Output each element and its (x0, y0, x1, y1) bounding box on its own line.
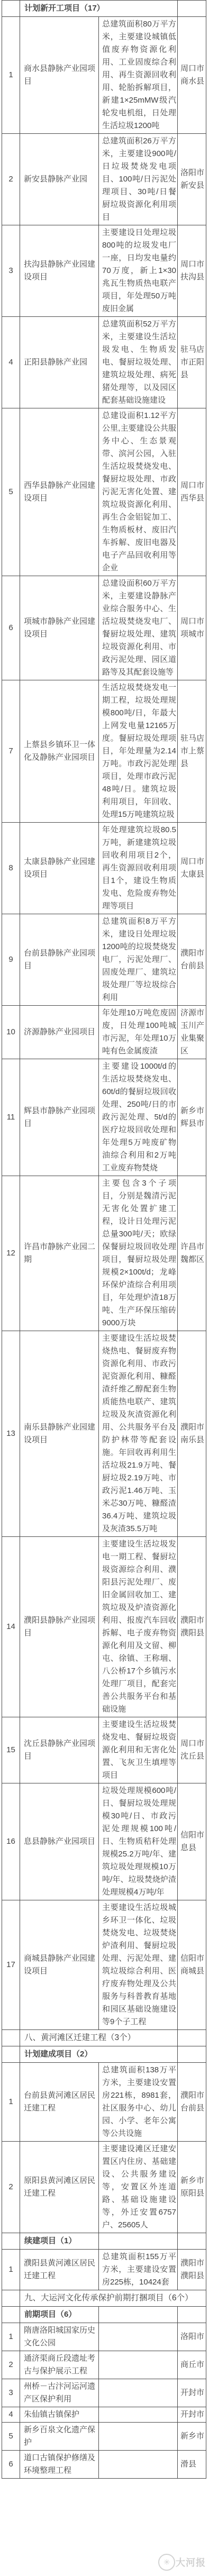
table-row: 17 商城县静脉产业园建设项目 主要建设生活垃圾城乡环卫一体化、垃圾焚烧发电、垃… (2, 1900, 206, 2030)
project-description: 总建筑面积80万平方米，主要建设城镇低值废弃物资源化利用、工业固废综合利用、再生… (99, 17, 178, 134)
project-name: 商城县静脉产业园建设项目 (20, 1900, 99, 2030)
project-description: 主要包含3个子项目，分别是魏清污泥无害化处置扩建工程，设计日处理污泥总量300吨… (99, 1176, 178, 1331)
row-number: 1 (2, 2250, 20, 2290)
row-number: 9 (2, 914, 20, 1006)
project-description (99, 2351, 178, 2379)
project-location: 驻马店市正阳县 (178, 317, 206, 408)
section-empty-number (2, 2307, 20, 2323)
section-row: 前期项目（6） (2, 2307, 206, 2323)
project-name: 原阳县黄河滩区居民迁建工程 (20, 2142, 99, 2233)
row-number: 2 (2, 2351, 20, 2379)
project-name: 隋唐洛阳城国家历史文化公园 (20, 2323, 99, 2351)
row-number: 10 (2, 1006, 20, 1059)
row-number: 3 (2, 225, 20, 317)
project-description: 年处理10万吨危废固废，日处理100吨城市污泥，年处理10万吨有色金属废渣 (99, 1006, 178, 1059)
project-description: 总建筑面积155万平方米，主要建设安置房225栋，10424套 (99, 2250, 178, 2290)
project-location: 信阳市商城县 (178, 1900, 206, 2030)
table-row: 1 台前县黄河滩区居民迁建工程 总建筑面积138万平方米，主要建设安置房221栋… (2, 2063, 206, 2142)
project-description (99, 2323, 178, 2351)
table-row: 10 济源静脉产业园项目 年处理10万吨危废固废，日处理100吨城市污泥，年处理… (2, 1006, 206, 1059)
table-row: 8 太康县静脉产业园建设项目 年处理建筑垃圾80.5万吨，新建建筑垃圾回收利用项… (2, 823, 206, 914)
stamp-icon: ✳ (158, 2554, 175, 2571)
project-location: 濮阳市台前县 (178, 914, 206, 1006)
table-row: 16 息县静脉产业园项目 垃圾处理规模600吨/日、餐厨垃圾处理规模30吨/日、… (2, 1783, 206, 1900)
row-number: 6 (2, 576, 20, 680)
project-description: 总建筑面积8万平方米，建设日处理垃圾1200吨的垃圾焚烧发电厂，污泥处理厂、固废… (99, 914, 178, 1006)
section-empty-description (99, 2307, 178, 2323)
table-row: 1 隋唐洛阳城国家历史文化公园 洛阳市 (2, 2323, 206, 2351)
row-number: 7 (2, 680, 20, 823)
row-number: 15 (2, 1717, 20, 1783)
row-number: 5 (2, 408, 20, 576)
project-name: 南乐县静脉产业园建设项目 (20, 1331, 99, 1537)
project-location: 滑县 (178, 2451, 206, 2479)
project-location: 濮阳市台前县 (178, 2063, 206, 2142)
row-number: 1 (2, 2323, 20, 2351)
project-location: 周口市项城市 (178, 576, 206, 680)
row-number: 12 (2, 1176, 20, 1331)
project-name: 许昌市静脉产业园二期 (20, 1176, 99, 1331)
project-name: 濮阳县静脉产业园项目 (20, 1537, 99, 1717)
section-row: 九、大运河文化传承保护前期打捆项目（6个） (2, 2290, 206, 2307)
row-number: 6 (2, 2451, 20, 2479)
section-empty-location (178, 2233, 206, 2250)
project-location: 新乡市辉县市 (178, 1059, 206, 1176)
row-number: 2 (2, 2142, 20, 2233)
row-number: 11 (2, 1059, 20, 1176)
table-row: 5 新乡百泉文化遗产保护 新乡市 (2, 2423, 206, 2451)
table-row: 12 许昌市静脉产业园二期 主要包含3个子项目，分别是魏清污泥无害化处置扩建工程… (2, 1176, 206, 1331)
table-row: 2 通济渠商丘段遗址考古与保护展示工程 商丘市 (2, 2351, 206, 2379)
table-row: 2 原阳县黄河滩区居民迁建工程 主要建设滩区迁建安置区内住房、基础建设、公共服务… (2, 2142, 206, 2233)
project-name: 正阳县静脉产业园 (20, 317, 99, 408)
section-empty-number (2, 2233, 20, 2250)
table-row: 3 扶沟县静脉产业园建设项目 主要建设日处理垃圾800吨的垃圾发电厂一座，日均发… (2, 225, 206, 317)
project-description: 年处理建筑垃圾80.5万吨，新建建筑垃圾回收利用项目2个，再生资源回收利用项目1… (99, 823, 178, 914)
project-location: 许昌市魏都区 (178, 1176, 206, 1331)
project-name: 台前县静脉产业园项目 (20, 914, 99, 1006)
project-name: 通济渠商丘段遗址考古与保护展示工程 (20, 2351, 99, 2379)
table-row: 15 沈丘县静脉产业园项目 主要建设生活垃圾焚烧发电、餐厨垃圾资源化利用和无害化… (2, 1717, 206, 1783)
project-name: 西华县静脉产业园建设项目 (20, 408, 99, 576)
row-number: 2 (2, 134, 20, 225)
project-location: 周口市西华县 (178, 408, 206, 576)
section-empty-location (178, 2030, 206, 2046)
table-row: 9 台前县静脉产业园项目 总建筑面积8万平方米，建设日处理垃圾1200吨的垃圾焚… (2, 914, 206, 1006)
section-row: 计划建成项目（2） (2, 2046, 206, 2063)
table-row: 11 辉县市静脉产业园项目 主要建设1000t/d的生活垃圾焚烧发电、60t/d… (2, 1059, 206, 1176)
section-label: 计划建成项目（2） (20, 2046, 178, 2063)
watermark: ✳ 大河报 (158, 2554, 206, 2571)
row-number: 4 (2, 317, 20, 408)
document-page: 计划新开工项目（17） 1 商水县静脉产业园项目 总建筑面积80万平方米，主要建… (0, 0, 209, 2576)
project-location: 驻马店市上蔡县 (178, 680, 206, 823)
project-name: 太康县静脉产业园建设项目 (20, 823, 99, 914)
project-name: 新乡百泉文化遗产保护 (20, 2423, 99, 2451)
project-description: 垃圾处理规模600吨/日、餐厨垃圾处理规模30吨/日、市政污泥处理规模100吨/… (99, 1783, 178, 1900)
project-name: 济源静脉产业园项目 (20, 1006, 99, 1059)
project-name: 扶沟县静脉产业园建设项目 (20, 225, 99, 317)
table-row: 14 濮阳县静脉产业园项目 主要建设生活垃圾发电一期工程、餐厨垃圾资源综合利用、… (2, 1537, 206, 1717)
section-empty-number (2, 2290, 20, 2307)
row-number: 16 (2, 1783, 20, 1900)
project-description: 总建筑面积52万平方米，主要建设生活垃圾发电、生物质发电、餐厨垃圾处理、建筑垃圾… (99, 317, 178, 408)
section-empty-number (2, 2046, 20, 2063)
project-description: 主要建设日处理垃圾800吨的垃圾发电厂一座，日均发电量约70万度，新上1×30兆… (99, 225, 178, 317)
project-location: 新乡市 (178, 2423, 206, 2451)
project-description: 总建设面积60万平方米，主要建设静脉产业综合服务中心、生活垃圾焚烧发电厂、餐厨垃… (99, 576, 178, 680)
row-number: 1 (2, 17, 20, 134)
project-name: 商水县静脉产业园项目 (20, 17, 99, 134)
section-empty-number (2, 2030, 20, 2046)
section-label: 前期项目（6） (20, 2307, 99, 2323)
section-empty-location (178, 2046, 206, 2063)
table-row: 6 道口古镇保护修缮及环境整理工程 滑县 (2, 2451, 206, 2479)
section-empty-location (178, 1, 206, 17)
project-table: 计划新开工项目（17） 1 商水县静脉产业园项目 总建筑面积80万平方米，主要建… (2, 0, 206, 2479)
project-description: 主要建设生活垃圾城乡环卫一体化、垃圾焚烧发电、垃圾焚烧炉渣利用、餐厨垃圾处理、污… (99, 1900, 178, 2030)
project-name: 州桥－古汴河运河遗产区保护利用 (20, 2379, 99, 2407)
project-location: 开封市 (178, 2407, 206, 2423)
project-description (99, 2407, 178, 2423)
table-row: 1 商水县静脉产业园项目 总建筑面积80万平方米，主要建设城镇低值废弃物资源化利… (2, 17, 206, 134)
project-location: 周口市扶沟县 (178, 225, 206, 317)
project-description (99, 2379, 178, 2407)
project-description: 主要建设生活垃圾焚烧发电、餐厨垃圾资源化利用和无害化处置、飞灰卫生填埋等项目 (99, 1717, 178, 1783)
project-description: 总建筑面积26万平方米，主要建设900吨/日垃圾焚烧发电项目、100吨/日污泥处… (99, 134, 178, 225)
project-name: 朱仙镇古镇保护 (20, 2407, 99, 2423)
project-description: 主要建设1000t/d的生活垃圾焚烧发电、60t/d的餐厨垃圾回收处理、250吨… (99, 1059, 178, 1176)
project-name: 新安县静脉产业园 (20, 134, 99, 225)
project-location: 开封市 (178, 2379, 206, 2407)
project-location: 商丘市 (178, 2351, 206, 2379)
table-row: 6 项城市静脉产业园建设项目 总建设面积60万平方米，主要建设静脉产业综合服务中… (2, 576, 206, 680)
row-number: 1 (2, 2063, 20, 2142)
project-location: 洛阳市 (178, 2323, 206, 2351)
section-empty-description (99, 2233, 178, 2250)
project-name: 道口古镇保护修缮及环境整理工程 (20, 2451, 99, 2479)
project-table-body: 计划新开工项目（17） 1 商水县静脉产业园项目 总建筑面积80万平方米，主要建… (2, 1, 206, 2479)
table-row: 1 濮阳县黄河滩区居民迁建工程 总建筑面积155万平方米，主要建设安置房225栋… (2, 2250, 206, 2290)
project-location: 周口市沈丘县 (178, 1717, 206, 1783)
watermark-text: 大河报 (176, 2555, 206, 2569)
row-number: 8 (2, 823, 20, 914)
project-location: 洛阳市新安县 (178, 134, 206, 225)
section-empty-number (2, 1, 20, 17)
row-number: 13 (2, 1331, 20, 1537)
section-label: 续建项目（1） (20, 2233, 99, 2250)
project-name: 沈丘县静脉产业园项目 (20, 1717, 99, 1783)
project-location: 信阳市息县 (178, 1783, 206, 1900)
row-number: 4 (2, 2407, 20, 2423)
project-location: 濮阳市濮阳县 (178, 2250, 206, 2290)
project-location: 濮阳市濮阳县 (178, 1537, 206, 1717)
section-empty-location (178, 2307, 206, 2323)
table-row: 2 新安县静脉产业园 总建筑面积26万平方米，主要建设900吨/日垃圾焚烧发电项… (2, 134, 206, 225)
row-number: 14 (2, 1537, 20, 1717)
row-number: 3 (2, 2379, 20, 2407)
project-name: 台前县黄河滩区居民迁建工程 (20, 2063, 99, 2142)
section-label: 九、大运河文化传承保护前期打捆项目（6个） (20, 2290, 206, 2307)
table-row: 4 正阳县静脉产业园 总建筑面积52万平方米，主要建设生活垃圾发电、生物质发电、… (2, 317, 206, 408)
project-location: 周口市商水县 (178, 17, 206, 134)
project-name: 濮阳县黄河滩区居民迁建工程 (20, 2250, 99, 2290)
project-description: 主要建设生活垃圾发电一期工程、餐厨垃圾资源综合利用、濮阳县污泥处理厂、废旧金属回… (99, 1537, 178, 1717)
table-row: 13 南乐县静脉产业园建设项目 主要建设生活垃圾焚烧热电、餐厨废弃物资源化利用、… (2, 1331, 206, 1537)
project-description (99, 2451, 178, 2479)
project-description: 生活垃圾焚烧发电一期工程，垃圾处理规模800吨/日，年最大上网发电量12165万… (99, 680, 178, 823)
project-name: 项城市静脉产业园建设项目 (20, 576, 99, 680)
project-description: 总建设面积1.12平方公里,主要建设公共服务中心、生态景观带、滨河公园，入驻生活… (99, 408, 178, 576)
project-location: 新乡市原阳县 (178, 2142, 206, 2233)
project-location: 周口市太康县 (178, 823, 206, 914)
project-location: 濮阳市南乐县 (178, 1331, 206, 1537)
table-row: 5 西华县静脉产业园建设项目 总建设面积1.12平方公里,主要建设公共服务中心、… (2, 408, 206, 576)
section-row: 续建项目（1） (2, 2233, 206, 2250)
section-label: 八、黄河滩区迁建工程（3个） (20, 2030, 178, 2046)
table-row: 3 州桥－古汴河运河遗产区保护利用 开封市 (2, 2379, 206, 2407)
section-row: 计划新开工项目（17） (2, 1, 206, 17)
table-row: 4 朱仙镇古镇保护 开封市 (2, 2407, 206, 2423)
section-label: 计划新开工项目（17） (20, 1, 178, 17)
project-description: 主要建设生活垃圾焚烧热电、餐厨废弃物资源化利用、市政污泥资源化利用、糠醛渣纤维乙… (99, 1331, 178, 1537)
project-description: 总建筑面积138万平方米，主要建设安置房221栋，8981套，社区服务中心、幼儿… (99, 2063, 178, 2142)
table-row: 7 上蔡县乡镇环卫一体化及静脉产业园项目 生活垃圾焚烧发电一期工程，垃圾处理规模… (2, 680, 206, 823)
section-row: 八、黄河滩区迁建工程（3个） (2, 2030, 206, 2046)
project-name: 息县静脉产业园项目 (20, 1783, 99, 1900)
project-description (99, 2423, 178, 2451)
project-name: 辉县市静脉产业园项目 (20, 1059, 99, 1176)
project-name: 上蔡县乡镇环卫一体化及静脉产业园项目 (20, 680, 99, 823)
row-number: 5 (2, 2423, 20, 2451)
project-location: 济源市玉川产业集聚区 (178, 1006, 206, 1059)
row-number: 17 (2, 1900, 20, 2030)
project-description: 主要建设滩区迁建安置区内住房、基础建设、公共服务建设等，安置区外连道路、基础设施… (99, 2142, 178, 2233)
